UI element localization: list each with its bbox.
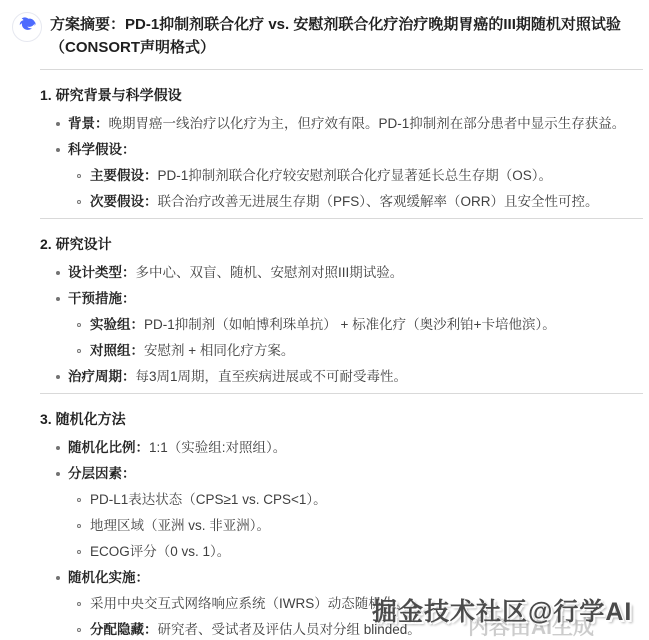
list-item-text: 地理区域（亚洲 vs. 非亚洲）。 <box>90 518 270 533</box>
list-item: 随机化比例：1:1（实验组:对照组）。 <box>40 438 643 458</box>
list-item: 治疗周期：每3周1周期，直至疾病进展或不可耐受毒性。 <box>40 367 643 387</box>
list-item: 次要假设：联合治疗改善无进展生存期（PFS）、客观缓解率（ORR）且安全性可控。 <box>40 192 643 212</box>
list-item: 设计类型：多中心、双盲、随机、安慰剂对照III期试验。 <box>40 263 643 283</box>
list-item-text: 晚期胃癌一线治疗以化疗为主，但疗效有限。PD-1抑制剂在部分患者中显示生存获益。 <box>109 116 626 131</box>
deepseek-whale-icon <box>17 15 37 40</box>
section-divider <box>40 218 643 219</box>
section-heading-2: 2. 研究设计 <box>40 235 643 253</box>
title-line-1: 方案摘要：PD-1抑制剂联合化疗 vs. 安慰剂联合化疗治疗晚期胃癌的III期随… <box>50 13 621 36</box>
circle-bullet-icon <box>77 200 81 204</box>
list-item-text: 每3周1周期，直至疾病进展或不可耐受毒性。 <box>136 369 408 384</box>
list-item: 地理区域（亚洲 vs. 非亚洲）。 <box>40 516 643 536</box>
list-item-text: PD-1抑制剂（如帕博利珠单抗） + 标准化疗（奥沙利铂+卡培他滨）。 <box>144 317 556 332</box>
circle-bullet-icon <box>77 323 81 327</box>
list-item: 背景：晚期胃癌一线治疗以化疗为主，但疗效有限。PD-1抑制剂在部分患者中显示生存… <box>40 114 643 134</box>
circle-bullet-icon <box>77 174 81 178</box>
list-item: 随机化实施： <box>40 568 643 588</box>
section-divider <box>40 69 643 70</box>
list-item: 主要假设：PD-1抑制剂联合化疗较安慰剂联合化疗显著延长总生存期（OS）。 <box>40 166 643 186</box>
section-heading-1: 1. 研究背景与科学假设 <box>40 86 643 104</box>
title-line-2: （CONSORT声明格式） <box>50 36 621 59</box>
message-header: 方案摘要：PD-1抑制剂联合化疗 vs. 安慰剂联合化疗治疗晚期胃癌的III期随… <box>0 0 649 59</box>
list-item-text: PD-L1表达状态（CPS≥1 vs. CPS<1）。 <box>90 492 327 507</box>
list-item: 实验组：PD-1抑制剂（如帕博利珠单抗） + 标准化疗（奥沙利铂+卡培他滨）。 <box>40 315 643 335</box>
list-item-text: 采用中央交互式网络响应系统（IWRS）动态随机化。 <box>90 596 409 611</box>
community-watermark: 掘金技术社区@行学AI <box>372 592 632 628</box>
list-item: 对照组：安慰剂 + 相同化疗方案。 <box>40 341 643 361</box>
list-item-text: PD-1抑制剂联合化疗较安慰剂联合化疗显著延长总生存期（OS）。 <box>158 168 553 183</box>
list-item: ECOG评分（0 vs. 1）。 <box>40 542 643 562</box>
bullet-icon <box>56 122 60 126</box>
section-divider <box>40 393 643 394</box>
circle-bullet-icon <box>77 628 81 632</box>
assistant-avatar <box>12 12 42 42</box>
list-item-text: ECOG评分（0 vs. 1）。 <box>90 544 230 559</box>
bullet-icon <box>56 297 60 301</box>
page-title: 方案摘要：PD-1抑制剂联合化疗 vs. 安慰剂联合化疗治疗晚期胃癌的III期随… <box>50 12 621 59</box>
bullet-icon <box>56 576 60 580</box>
circle-bullet-icon <box>77 524 81 528</box>
bullet-icon <box>56 148 60 152</box>
circle-bullet-icon <box>77 349 81 353</box>
list-item-text: 联合治疗改善无进展生存期（PFS）、客观缓解率（ORR）且安全性可控。 <box>158 194 599 209</box>
list-item: 干预措施： <box>40 289 643 309</box>
list-item-text: 多中心、双盲、随机、安慰剂对照III期试验。 <box>136 265 404 280</box>
list-item: 分层因素： <box>40 464 643 484</box>
circle-bullet-icon <box>77 498 81 502</box>
bullet-icon <box>56 446 60 450</box>
circle-bullet-icon <box>77 602 81 606</box>
bullet-icon <box>56 375 60 379</box>
bullet-icon <box>56 271 60 275</box>
list-item-text: 1:1（实验组:对照组）。 <box>149 440 286 455</box>
list-item: PD-L1表达状态（CPS≥1 vs. CPS<1）。 <box>40 490 643 510</box>
list-item: 科学假设： <box>40 140 643 160</box>
list-item-text: 安慰剂 + 相同化疗方案。 <box>144 343 294 358</box>
bullet-icon <box>56 472 60 476</box>
section-heading-3: 3. 随机化方法 <box>40 410 643 428</box>
document-body: 1. 研究背景与科学假设 背景：晚期胃癌一线治疗以化疗为主，但疗效有限。PD-1… <box>0 69 649 640</box>
circle-bullet-icon <box>77 550 81 554</box>
